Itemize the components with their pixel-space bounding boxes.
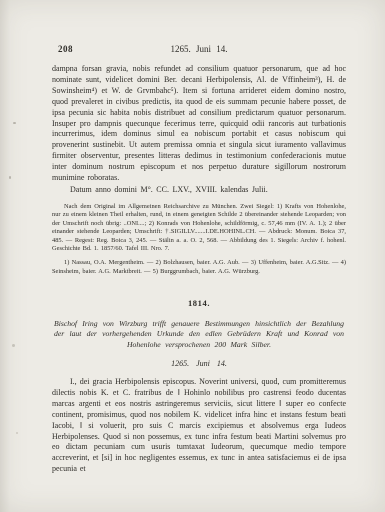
- scan-speck: [13, 122, 16, 124]
- page-content: 208 1265. Juni 14. dampna forsan gravia,…: [52, 44, 346, 475]
- footnotes-line: 1) Nassau, O.A. Mergentheim. — 2) Bolzha…: [52, 259, 346, 276]
- binding-shadow: [0, 0, 10, 512]
- charter-datum-line: Datum anno domini M°. CC. LXV., XVIII. k…: [52, 185, 346, 196]
- charter-1814-text: I., dei gracia Herbipolensis episcopus. …: [52, 377, 346, 475]
- page-header: 208 1265. Juni 14.: [52, 44, 346, 56]
- scan-speck: [16, 432, 18, 434]
- scan-speck: [12, 344, 15, 347]
- regest-summary: Bischof Iring von Wirzburg trifft genaue…: [54, 319, 344, 350]
- charter-number-1814: 1814.: [52, 298, 346, 308]
- charter-date-1265: 1265. Juni 14.: [52, 359, 346, 368]
- charter-text-continuation: dampna forsan gravia, nobis refundet ad …: [52, 64, 346, 184]
- running-head-date: 1265. Juni 14.: [52, 44, 346, 54]
- scan-speck: [9, 176, 11, 179]
- scanned-book-page: 208 1265. Juni 14. dampna forsan gravia,…: [0, 0, 385, 512]
- source-and-seal-note: Nach dem Original im Allgemeinen Reichsa…: [52, 203, 346, 253]
